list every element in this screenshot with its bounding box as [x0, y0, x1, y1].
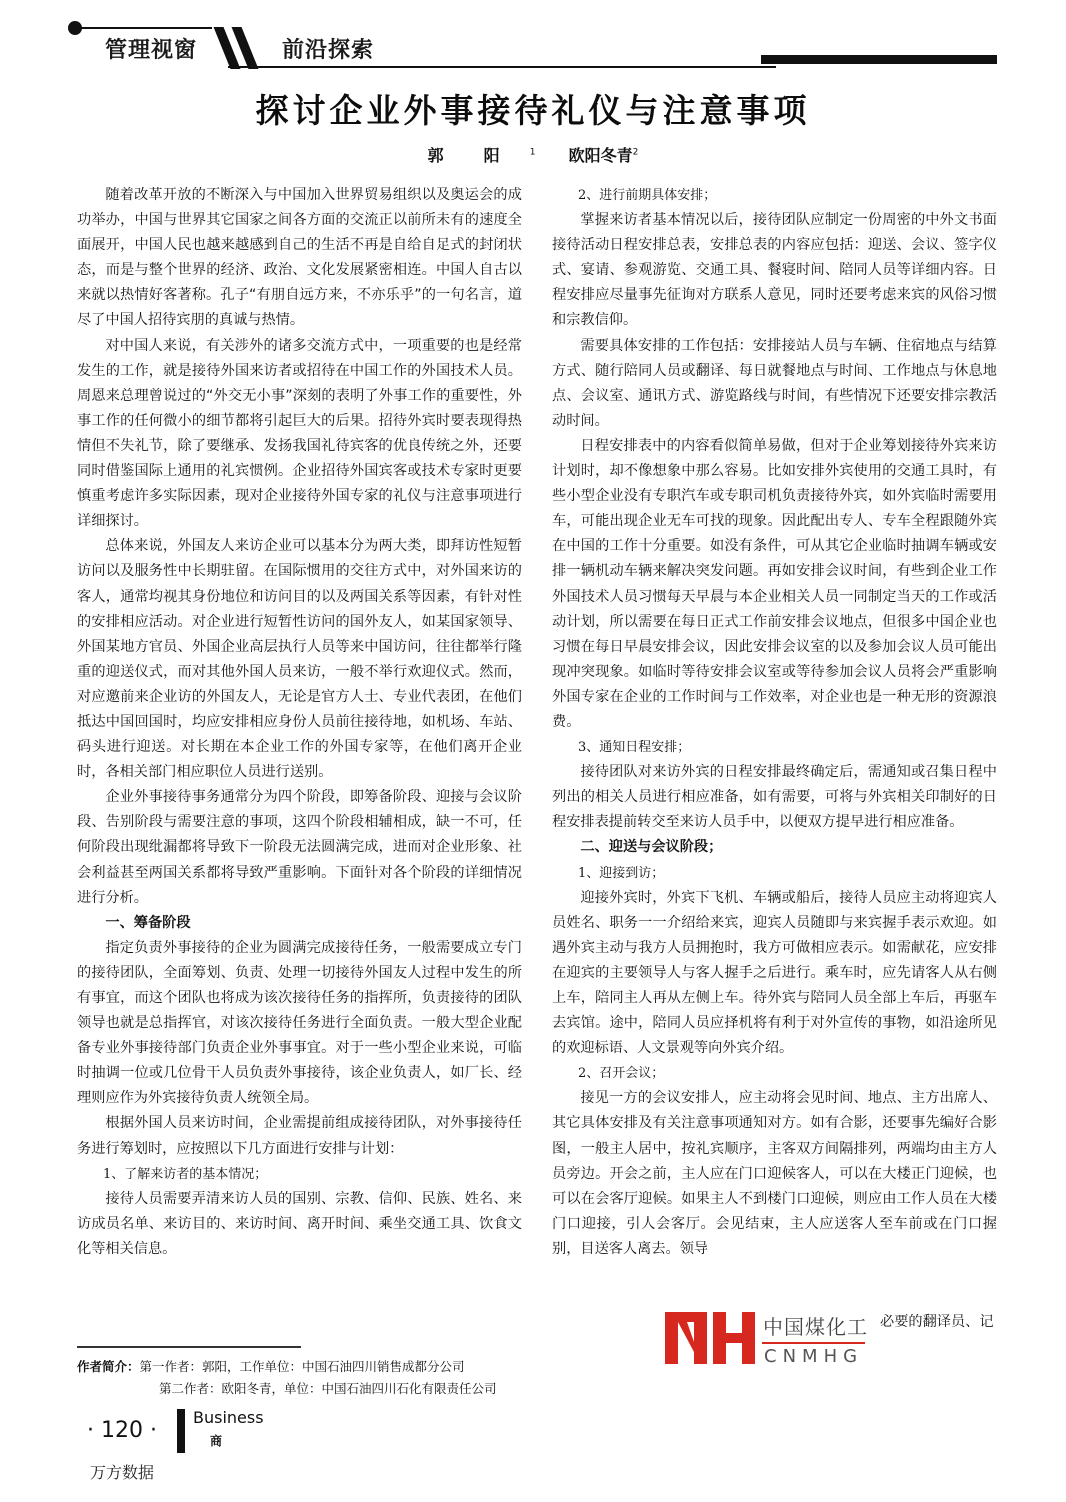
author-1-name: 郭 阳 [428, 146, 512, 165]
author-2-mark: 2 [633, 148, 639, 158]
author-line: 郭 阳1 欧阳冬青2 [0, 143, 1066, 166]
subsection-heading: 2、召开会议； [552, 1061, 997, 1086]
left-column: 随着改革开放的不断深入与中国加入世界贸易组织以及奥运会的成功举办，中国与世界其它… [77, 183, 522, 1262]
body-paragraph: 日程安排表中的内容看似简单易做，但对于企业筹划接待外宾来访计划时，却不像想象中那… [552, 434, 997, 735]
watermark-name-cn: 中国煤化工 [763, 1311, 868, 1340]
watermark-rule [762, 1342, 865, 1344]
article-title: 探讨企业外事接待礼仪与注意事项 [0, 85, 1066, 132]
body-paragraph: 总体来说，外国友人来访企业可以基本分为两大类，即拜访性短暂访问以及服务性中长期驻… [77, 534, 522, 785]
subsection-heading: 1、了解来访者的基本情况； [77, 1162, 522, 1187]
body-paragraph: 接待团队对来访外宾的日程安排最终确定后，需通知或召集日程中列出的相关人员进行相应… [552, 760, 997, 835]
subsection-heading: 1、迎接到访； [552, 861, 997, 886]
subsection-heading: 3、通知日程安排； [552, 735, 997, 760]
body-paragraph: 指定负责外事接待的企业为圆满完成接待任务，一般需要成立专门的接待团队，全面筹划、… [77, 936, 522, 1112]
column-name: 管理视窗 [105, 33, 197, 64]
section-heading: 一、筹备阶段 [77, 911, 522, 936]
footnote-rule [77, 1346, 301, 1348]
body-paragraph: 企业外事接待事务通常分为四个阶段，即筹备阶段、迎接与会议阶段、告别阶段与需要注意… [77, 785, 522, 910]
body-paragraph: 需要具体安排的工作包括：安排接站人员与车辆、住宿地点与结算方式、随行陪同人员或翻… [552, 334, 997, 434]
bio-line-2: 第二作者：欧阳冬青，单位：中国石油四川石化有限责任公司 [77, 1378, 497, 1400]
bio-label: 作者简介： [77, 1359, 140, 1374]
right-column-continuation: 必要的翻译员、记 [880, 1311, 994, 1331]
header-thick-bar [761, 55, 997, 64]
journal-name-en: Business [193, 1408, 264, 1427]
author-1: 郭 阳 [428, 146, 512, 165]
journal-name-cn: 商 [210, 1432, 222, 1449]
cnmhg-logo-icon [665, 1312, 755, 1364]
header-underline [228, 66, 776, 68]
body-paragraph: 接待人员需要弄清来访人员的国别、宗教、信仰、民族、姓名、来访成员名单、来访目的、… [77, 1187, 522, 1262]
watermark-name-en: CNMHG [764, 1346, 863, 1367]
right-column: 2、进行前期具体安排；掌握来访者基本情况以后，接待团队应制定一份周密的中外文书面… [552, 183, 997, 1262]
header-rule [78, 27, 212, 29]
section-name: 前沿探索 [282, 33, 374, 64]
author-bio: 作者简介：第一作者：郭阳，工作单位：中国石油四川销售成都分公司 第二作者：欧阳冬… [77, 1356, 497, 1400]
author-1-mark: 1 [530, 148, 536, 158]
author-2-name: 欧阳冬青 [569, 146, 633, 165]
source-label: 万方数据 [90, 1460, 154, 1483]
body-paragraph: 随着改革开放的不断深入与中国加入世界贸易组织以及奥运会的成功举办，中国与世界其它… [77, 183, 522, 334]
journal-bar-ornament [177, 1409, 185, 1453]
running-header: 管理视窗 前沿探索 [0, 0, 1066, 75]
body-paragraph: 掌握来访者基本情况以后，接待团队应制定一份周密的中外文书面接待活动日程安排总表，… [552, 208, 997, 333]
body-paragraph: 对中国人来说，有关涉外的诸多交流方式中，一项重要的也是经常发生的工作，就是接待外… [77, 334, 522, 535]
body-paragraph: 接见一方的会议安排人，应主动将会见时间、地点、主方出席人、其它具体安排及有关注意… [552, 1086, 997, 1262]
subsection-heading: 2、进行前期具体安排； [552, 183, 997, 208]
body-paragraph: 根据外国人员来访时间，企业需提前组成接待团队，对外事接待任务进行筹划时，应按照以… [77, 1111, 522, 1161]
body-paragraph: 迎接外宾时，外宾下飞机、车辆或船后，接待人员应主动将迎宾人员姓名、职务一一介绍给… [552, 886, 997, 1062]
section-heading: 二、迎送与会议阶段； [552, 835, 997, 860]
bio-line-1: 第一作者：郭阳，工作单位：中国石油四川销售成都分公司 [140, 1359, 465, 1374]
page-number: · 120 · [87, 1418, 157, 1443]
